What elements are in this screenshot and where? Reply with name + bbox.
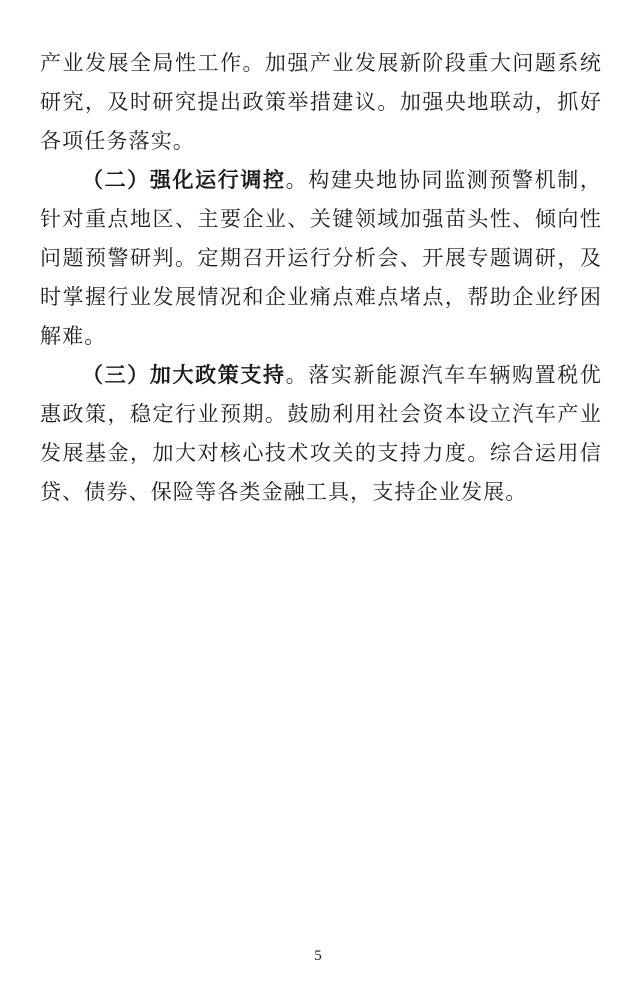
section-heading: （三）加大政策支持 bbox=[82, 363, 286, 387]
document-body: 产业发展全局性工作。加强产业发展新阶段重大问题系统研究，及时研究提出政策举措建议… bbox=[40, 44, 602, 512]
paragraph-text: 产业发展全局性工作。加强产业发展新阶段重大问题系统研究，及时研究提出政策举措建议… bbox=[40, 51, 602, 153]
paragraph-text: 。构建央地协同监测预警机制，针对重点地区、主要企业、关键领域加强苗头性、倾向性问… bbox=[40, 168, 602, 348]
document-page: 产业发展全局性工作。加强产业发展新阶段重大问题系统研究，及时研究提出政策举措建议… bbox=[0, 0, 636, 991]
page-number: 5 bbox=[314, 948, 322, 964]
section-heading: （二）强化运行调控 bbox=[82, 168, 286, 192]
paragraph-continuation: 产业发展全局性工作。加强产业发展新阶段重大问题系统研究，及时研究提出政策举措建议… bbox=[40, 44, 602, 161]
paragraph-section-2: （二）强化运行调控。构建央地协同监测预警机制，针对重点地区、主要企业、关键领域加… bbox=[40, 161, 602, 356]
page-footer: 5 bbox=[0, 947, 636, 965]
paragraph-section-3: （三）加大政策支持。落实新能源汽车车辆购置税优惠政策，稳定行业预期。鼓励利用社会… bbox=[40, 356, 602, 512]
